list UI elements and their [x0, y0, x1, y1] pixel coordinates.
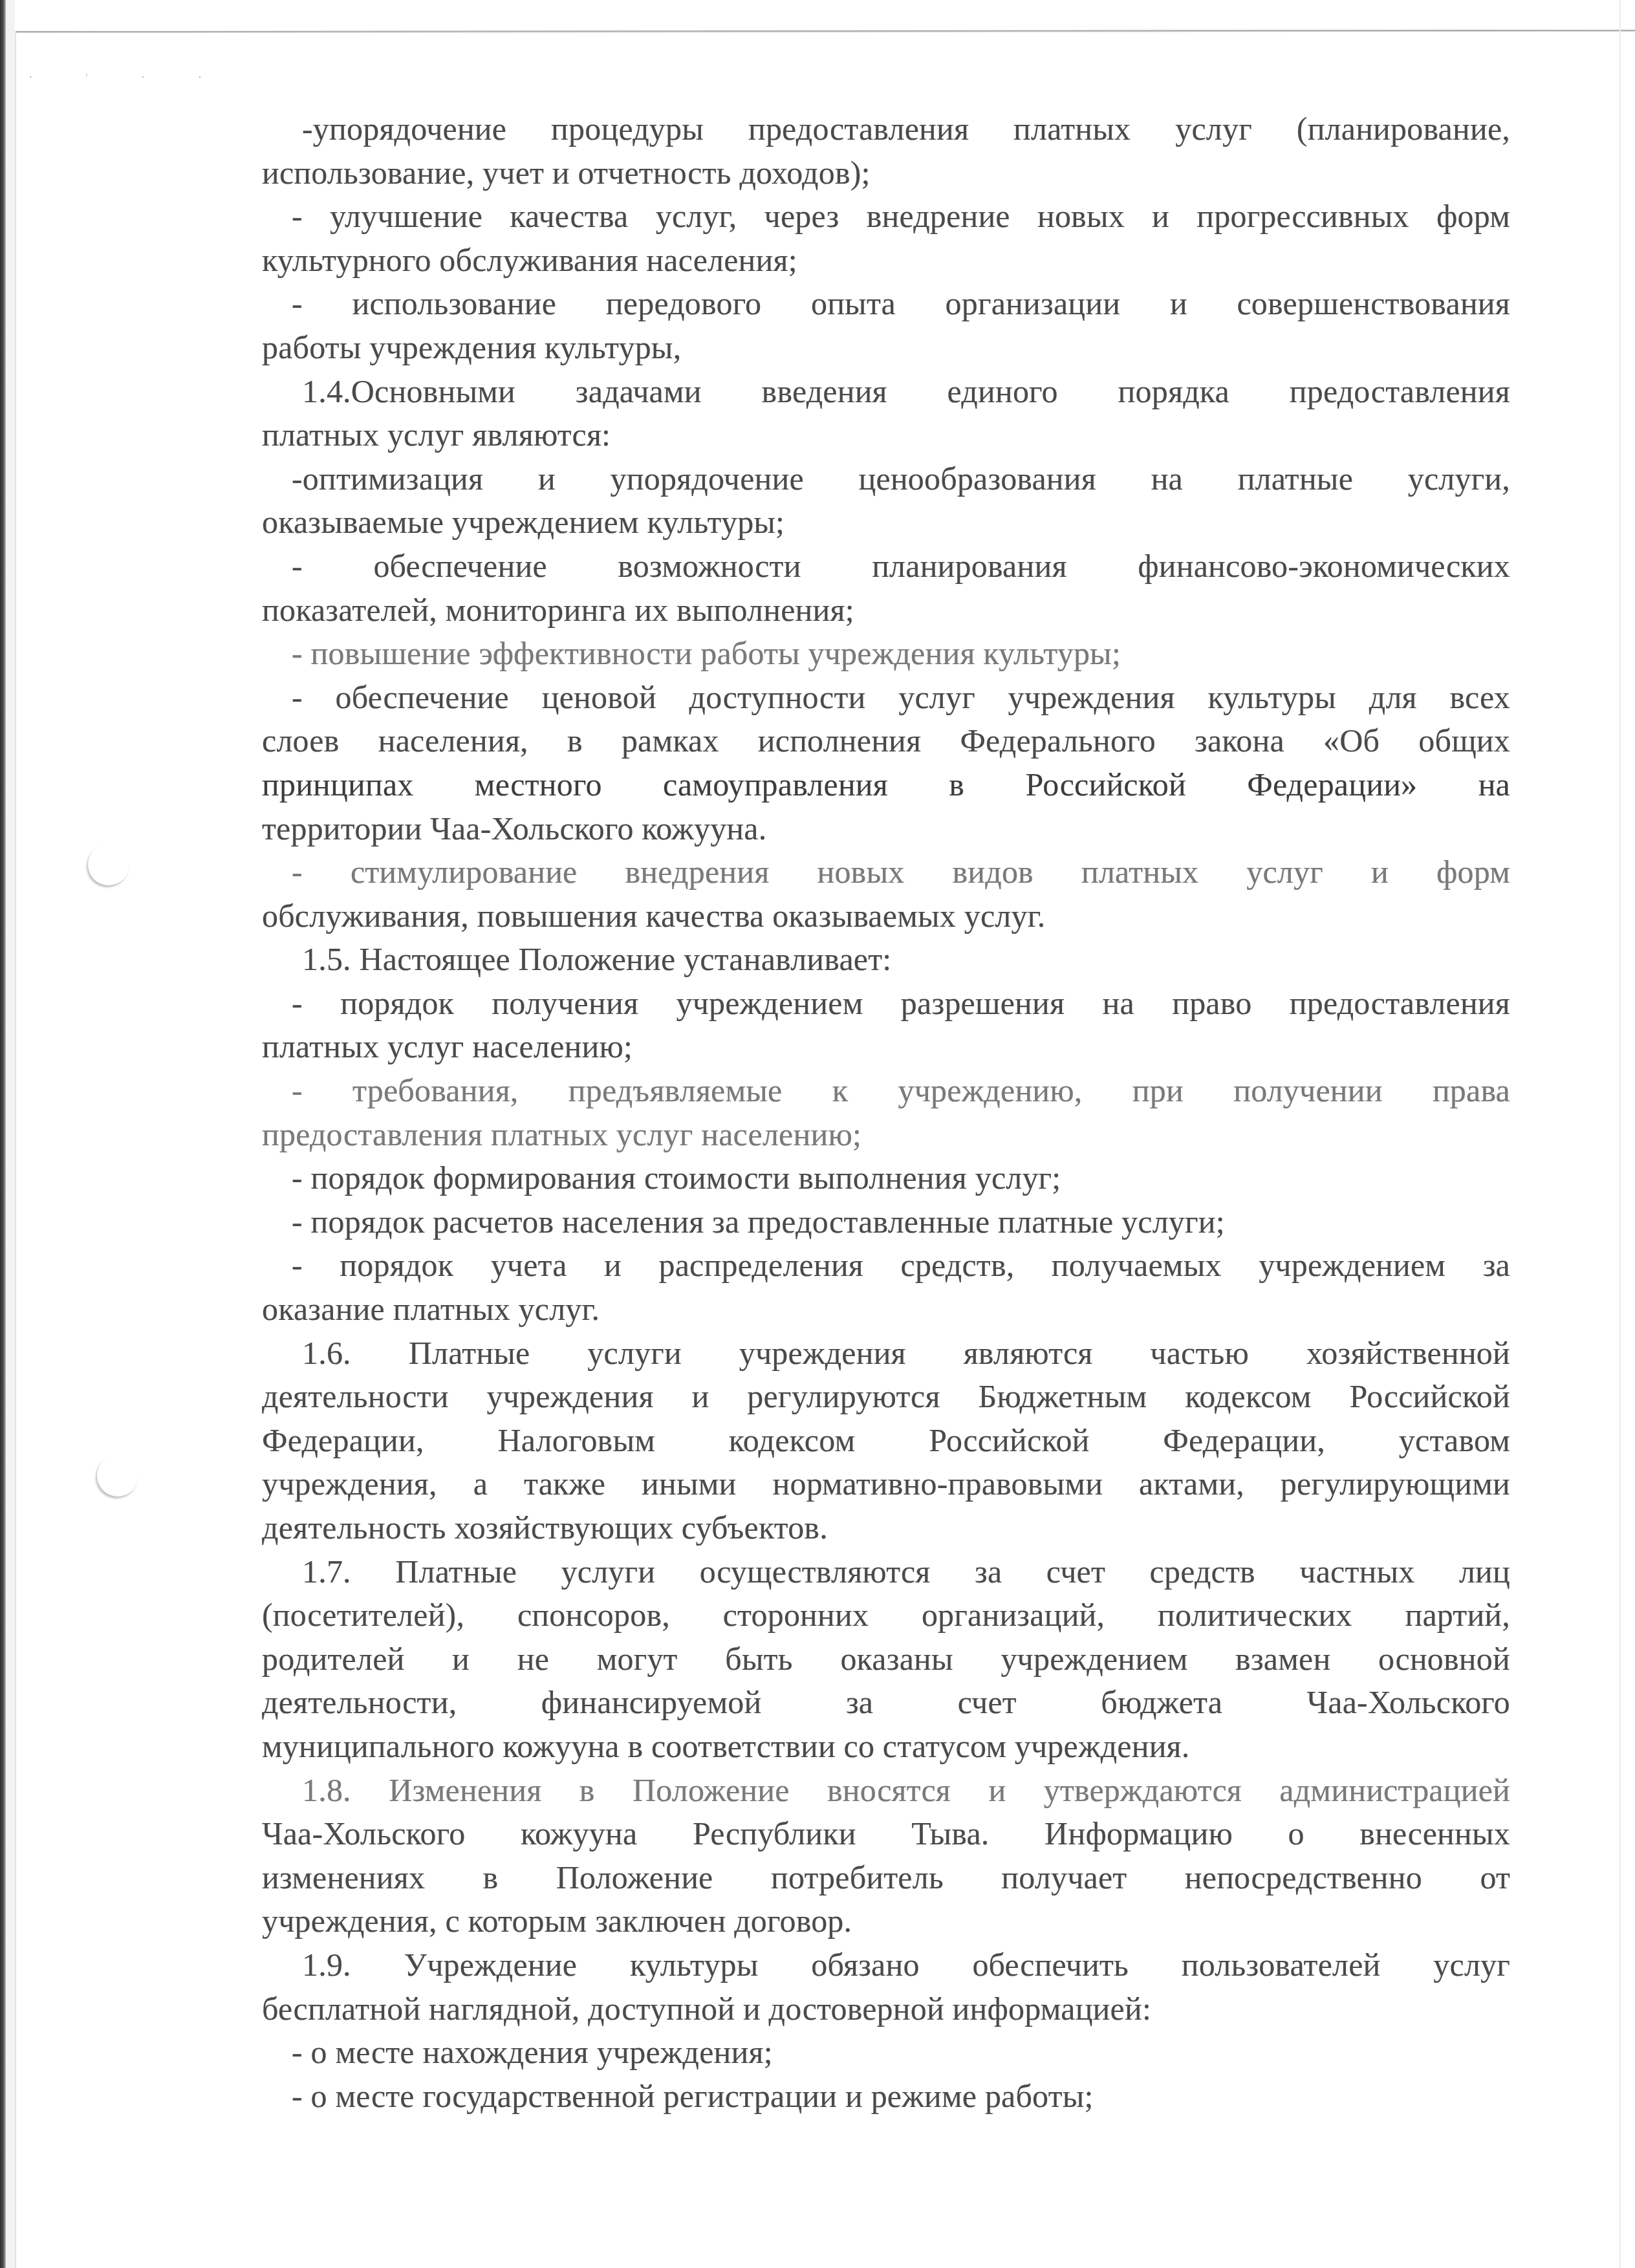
text-line: платных услуг населению; [262, 1025, 1510, 1069]
text-line: показателей, мониторинга их выполнения; [262, 589, 1510, 632]
bullet-permission-procedure: - порядок получения учреждением разрешен… [262, 982, 1510, 1069]
text-line: - о месте государственной регистрации и … [262, 2075, 1510, 2119]
stray-scan-marks: ꞏ ꞌ ꞏ ꞏ [29, 71, 227, 83]
bullet-pricing-optimization: -оптимизация и упорядочение ценообразова… [262, 457, 1510, 545]
bullet-settlements: - порядок расчетов населения за предоста… [262, 1200, 1510, 1244]
text-line: - стимулирование внедрения новых видов п… [262, 850, 1510, 894]
bullet-efficiency: - повышение эффективности работы учрежде… [262, 632, 1510, 676]
text-line: - о месте нахождения учреждения; [262, 2031, 1510, 2075]
bullet-quality-improvement: - улучшение качества услуг, через внедре… [262, 195, 1510, 282]
clause-1-9: 1.9. Учреждение культуры обязано обеспеч… [262, 1943, 1510, 2031]
scanner-edge-shadow [0, 0, 6, 2268]
clause-1-8: 1.8. Изменения в Положение вносятся и ут… [262, 1769, 1510, 1943]
clause-1-4: 1.4.Основными задачами введения единого … [262, 370, 1510, 457]
text-line: слоев населения, в рамках исполнения Фед… [262, 719, 1510, 763]
clause-1-5: 1.5. Настоящее Положение устанавливает: [262, 938, 1510, 982]
bullet-registration: - о месте государственной регистрации и … [262, 2075, 1510, 2119]
text-line: бесплатной наглядной, доступной и достов… [262, 1987, 1510, 2031]
clause-heading-line: 1.8. Изменения в Положение вносятся и ут… [262, 1769, 1510, 1813]
text-line: работы учреждения культуры, [262, 326, 1510, 370]
bullet-new-services: - стимулирование внедрения новых видов п… [262, 850, 1510, 938]
text-line: культурного обслуживания населения; [262, 239, 1510, 283]
bullet-best-practices: - использование передового опыта организ… [262, 282, 1510, 369]
clause-heading-line: 1.7. Платные услуги осуществляются за сч… [262, 1550, 1510, 1594]
text-line: муниципального кожууна в соответствии со… [262, 1725, 1510, 1769]
page-top-edge [15, 30, 1635, 33]
text-line: учреждения, с которым заключен договор. [262, 1899, 1510, 1943]
text-line: (посетителей), спонсоров, сторонних орга… [262, 1593, 1510, 1637]
clause-heading-line: 1.6. Платные услуги учреждения являются … [262, 1332, 1510, 1376]
bullet-accounting: - порядок учета и распределения средств,… [262, 1244, 1510, 1331]
text-line: - требования, предъявляемые к учреждению… [262, 1069, 1510, 1113]
text-line: деятельности учреждения и регулируются Б… [262, 1375, 1510, 1419]
text-line: изменениях в Положение потребитель получ… [262, 1856, 1510, 1900]
text-line: - порядок получения учреждением разрешен… [262, 982, 1510, 1026]
bullet-price-accessibility: - обеспечение ценовой доступности услуг … [262, 676, 1510, 850]
text-line: - порядок расчетов населения за предоста… [262, 1200, 1510, 1244]
text-line: обслуживания, повышения качества оказыва… [262, 894, 1510, 938]
bullet-location: - о месте нахождения учреждения; [262, 2031, 1510, 2075]
text-line: деятельности, финансируемой за счет бюдж… [262, 1681, 1510, 1725]
bullet-financial-planning: - обеспечение возможности планирования ф… [262, 545, 1510, 632]
text-line: -упорядочение процедуры предоставления п… [262, 107, 1510, 151]
scanner-edge-margin [6, 0, 15, 2268]
text-line: - порядок формирования стоимости выполне… [262, 1156, 1510, 1200]
text-line: предоставления платных услуг населению; [262, 1113, 1510, 1157]
text-line: - обеспечение ценовой доступности услуг … [262, 676, 1510, 720]
clause-heading-line: 1.9. Учреждение культуры обязано обеспеч… [262, 1943, 1510, 1987]
text-line: платных услуг являются: [262, 413, 1510, 457]
clause-1-6: 1.6. Платные услуги учреждения являются … [262, 1332, 1510, 1550]
text-line: -оптимизация и упорядочение ценообразова… [262, 457, 1510, 501]
text-line: деятельность хозяйствующих субъектов. [262, 1506, 1510, 1550]
bullet-cost-formation: - порядок формирования стоимости выполне… [262, 1156, 1510, 1200]
text-line: - обеспечение возможности планирования ф… [262, 545, 1510, 589]
text-line: использование, учет и отчетность доходов… [262, 151, 1510, 195]
text-line: Федерации, Налоговым кодексом Российской… [262, 1419, 1510, 1463]
text-line: - использование передового опыта организ… [262, 282, 1510, 326]
bullet-requirements: - требования, предъявляемые к учреждению… [262, 1069, 1510, 1156]
punch-hole-upper-icon [88, 844, 129, 885]
clause-1-7: 1.7. Платные услуги осуществляются за сч… [262, 1550, 1510, 1769]
clause-heading-line: 1.4.Основными задачами введения единого … [262, 370, 1510, 414]
text-line: - порядок учета и распределения средств,… [262, 1244, 1510, 1288]
text-line: родителей и не могут быть оказаны учрежд… [262, 1637, 1510, 1681]
text-line: принципах местного самоуправления в Росс… [262, 763, 1510, 807]
clause-heading-line: 1.5. Настоящее Положение устанавливает: [262, 938, 1510, 982]
text-line: учреждения, а также иными нормативно-пра… [262, 1462, 1510, 1506]
page-left-edge [15, 31, 16, 2268]
page-right-edge [1619, 0, 1621, 2268]
bullet-ordering-procedure: -упорядочение процедуры предоставления п… [262, 107, 1510, 195]
text-line: оказание платных услуг. [262, 1288, 1510, 1332]
text-line: оказываемые учреждением культуры; [262, 501, 1510, 545]
punch-hole-lower-icon [97, 1455, 138, 1496]
text-line: территории Чаа-Хольского кожууна. [262, 807, 1510, 851]
text-line: - улучшение качества услуг, через внедре… [262, 195, 1510, 239]
document-body: -упорядочение процедуры предоставления п… [262, 107, 1510, 2118]
text-line: - повышение эффективности работы учрежде… [262, 632, 1510, 676]
text-line: Чаа-Хольского кожууна Республики Тыва. И… [262, 1812, 1510, 1856]
